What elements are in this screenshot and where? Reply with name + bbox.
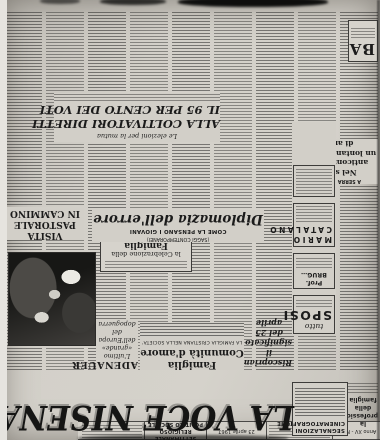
ad-generic bbox=[293, 165, 335, 197]
ear-note: la professione della famiglia bbox=[348, 383, 378, 427]
article-coltivatori: Le elezioni per la mutua ALLA COLTIVATOR… bbox=[54, 93, 220, 142]
scan-smudge bbox=[78, 435, 288, 440]
rubric: (SAGGI CONTEMPORANEI) bbox=[92, 235, 264, 242]
ad-ba: BA bbox=[348, 20, 378, 62]
subhead-line: dopoguerra bbox=[96, 319, 138, 327]
pseudo-text bbox=[296, 168, 332, 194]
pseudo-text bbox=[348, 383, 378, 393]
news-photo bbox=[8, 252, 96, 346]
text-column bbox=[172, 12, 210, 370]
ad-title-line: MARIO bbox=[296, 234, 332, 244]
headline-line: IN CAMMINO bbox=[6, 207, 84, 218]
newspaper-scan: la professione della famiglia SEGNALAZIO… bbox=[0, 0, 380, 440]
pseudo-text bbox=[140, 322, 244, 336]
text-column bbox=[340, 12, 378, 370]
pseudo-text bbox=[296, 206, 332, 222]
photo-caption bbox=[8, 243, 96, 251]
headline: Famiglia Comunità d'amore bbox=[140, 346, 244, 370]
headline: Diplomazia dell'errore bbox=[92, 210, 264, 227]
kicker: Le elezioni per la mutua bbox=[54, 131, 220, 140]
ad-text: tutto bbox=[296, 322, 332, 331]
pseudo-text bbox=[54, 93, 220, 101]
pseudo-text bbox=[296, 298, 332, 307]
subhead-line: dell'Europa del bbox=[96, 327, 138, 343]
page-margin bbox=[0, 0, 7, 440]
pseudo-text bbox=[296, 256, 332, 268]
scan-smudge bbox=[178, 0, 328, 7]
notice-line: la Celebrazione della bbox=[105, 250, 187, 258]
headline-line: VISITA PASTORALE bbox=[6, 218, 84, 240]
cinema-box-title: CINEMATOGRAFICHE bbox=[295, 419, 345, 426]
headline-line: il significato bbox=[246, 338, 292, 358]
kicker: COME LA PENSANO I GIOVANI bbox=[92, 227, 264, 235]
pseudo-text bbox=[351, 26, 375, 38]
scan-smudge bbox=[100, 0, 166, 5]
cinema-box-title: SEGNALAZIONI bbox=[295, 426, 345, 433]
article-adenauer: ADENAUER L'ultimo «grande» dell'Europa d… bbox=[96, 319, 138, 370]
article-diplomazia: (SAGGI CONTEMPORANEI) COME LA PENSANO I … bbox=[92, 210, 264, 242]
masthead: LA VOCE NISENA bbox=[42, 390, 294, 434]
ads-column: tutto SPOSI Prof. BRUG… MARIO CATALANO bbox=[292, 122, 336, 334]
ear-line: della famiglia bbox=[348, 395, 378, 411]
ad-title: SPOSI bbox=[296, 309, 332, 322]
ad-title-line: CATALANO bbox=[296, 224, 332, 234]
headline-line: IL 95 PER CENTO DEI VOTI bbox=[54, 103, 220, 117]
ad-tutto-sposi: tutto SPOSI bbox=[293, 295, 335, 334]
article-visita-pastorale: VISITA PASTORALE IN CAMMINO bbox=[6, 207, 84, 240]
headline-line: ALLA COLTIVATORI DIRETTI bbox=[54, 117, 220, 131]
subhead-line: L'ultimo «grande» bbox=[96, 343, 138, 359]
article-famiglia: Famiglia Comunità d'amore LA FAMIGLIA CR… bbox=[140, 322, 244, 370]
headline-line: Riscopriamo bbox=[246, 358, 292, 368]
ad-title: Prof. BRUG… bbox=[296, 270, 332, 286]
ad-catalano: MARIO CATALANO bbox=[293, 203, 335, 247]
pseudo-text bbox=[295, 386, 345, 416]
ad-prof: Prof. BRUG… bbox=[293, 253, 335, 289]
article-25-aprile: Riscopriamo il significato del 25 aprile bbox=[246, 318, 292, 368]
ear-line: la professione bbox=[348, 411, 378, 427]
text-column bbox=[214, 12, 252, 370]
ad-title: BA bbox=[351, 40, 375, 58]
pseudo-text bbox=[8, 378, 46, 432]
headline: ADENAUER bbox=[96, 359, 138, 370]
rotated-page: la professione della famiglia SEGNALAZIO… bbox=[0, 0, 380, 440]
scan-smudge bbox=[40, 0, 80, 4]
pseudo-text bbox=[105, 260, 187, 268]
subhead: LA FAMIGLIA CRISTIANA NELLA SOCIETA' bbox=[140, 339, 244, 344]
newspaper-title: LA VOCE NISENA bbox=[42, 397, 294, 436]
cinema-listings-box: SEGNALAZIONI CINEMATOGRAFICHE bbox=[292, 382, 348, 436]
text-column bbox=[130, 12, 168, 370]
